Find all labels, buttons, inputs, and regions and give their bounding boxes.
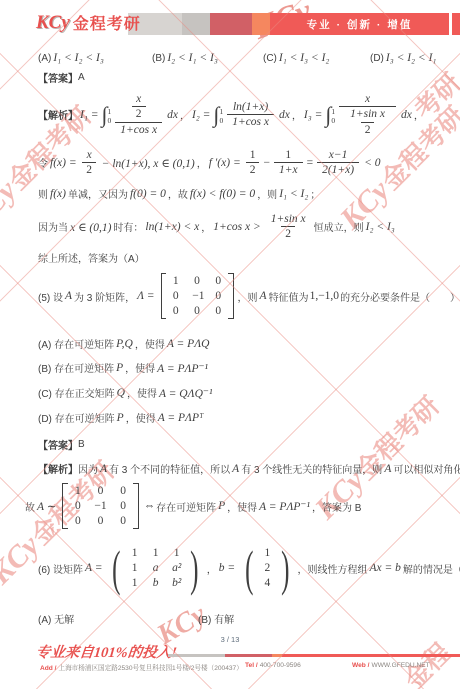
formula-token: A = PΛQ <box>167 338 210 350</box>
formula-token: x−1 <box>324 148 353 162</box>
formula-token: ln(1+x) <box>228 100 273 114</box>
formula-token <box>228 273 234 319</box>
formula-token: A <box>78 72 85 83</box>
formula-token: 1+x <box>279 163 298 177</box>
formula-token: x <box>136 92 141 106</box>
formula-token: 时有： <box>113 219 143 234</box>
formula-token: 0 <box>73 515 82 527</box>
formula-token: (D) <box>370 53 384 64</box>
formula-token: ， <box>292 107 302 122</box>
formula-token: 1+cos x <box>232 115 269 129</box>
formula-token: b² <box>172 577 181 589</box>
formula-token: 1000−10000 <box>62 483 138 529</box>
formula-token: 1 <box>331 107 335 116</box>
formula-token: 有 3 个不同的特征值，所以 <box>109 461 230 476</box>
formula-token: 0 <box>119 515 128 527</box>
watermark-kcy-icon: KCy <box>0 173 23 236</box>
formula-token: I₃ = <box>304 109 322 121</box>
formula-token: 2 <box>132 106 146 121</box>
q6-option-b: (B) 有解 <box>198 611 234 626</box>
formula-token: 【解析】 <box>38 461 78 476</box>
formula-token: ∫10 <box>325 104 335 126</box>
q4-analysis-conclusion: 综上所述，答案为（A） <box>38 250 145 265</box>
q4-analysis-integrals: 【解析】I₁ =∫10x21+cos xdx，I₂ =∫10ln(1+x)1+c… <box>38 92 424 137</box>
formula-token: I₃ < I₂ < I₁ <box>386 52 437 64</box>
formula-token: I₂ < I₁ < I₃ <box>167 52 218 64</box>
q5-analysis-text: 【解析】因为 A 有 3 个不同的特征值，所以 A 有 3 个线性无关的特征向量… <box>38 461 460 476</box>
formula-token: A = <box>85 562 102 574</box>
formula-token: 有 3 个线性无关的特征向量，则 <box>241 461 382 476</box>
formula-token: 综上所述，答案为（A） <box>38 250 145 265</box>
formula-token: x <box>87 148 92 162</box>
formula-token: ( <box>245 547 253 590</box>
formula-token: 1+sin x2 <box>339 106 396 137</box>
formula-token: Λ = <box>137 290 154 302</box>
formula-token: I₁ < I₃ < I₂ <box>279 52 330 64</box>
formula-token: 1+sin x2 <box>266 212 311 242</box>
formula-token: ； <box>310 186 320 201</box>
formula-token: 10 <box>108 107 112 125</box>
formula-token: x21+cos x <box>115 92 162 137</box>
formula-token: x <box>82 148 97 162</box>
formula-token: x−1 <box>329 148 348 162</box>
formula-token: 0 <box>214 275 223 287</box>
formula-token: dx <box>167 109 178 121</box>
formula-token: 1 <box>73 485 82 497</box>
formula-token: x2 <box>82 148 97 178</box>
formula-token: 1000−10000 <box>68 483 132 529</box>
formula-token: ，则 <box>257 186 277 201</box>
formula-token: I₁ = <box>80 109 98 121</box>
tel-value: 400-700-9596 <box>260 662 301 669</box>
footer-tel: Tel /400-700-9596 <box>245 662 301 669</box>
q6-stem: (6) 设矩阵 A =(1111aa²1bb²)，b =(124)，则线性方程组… <box>38 545 460 591</box>
formula-token: x−12(1+x) <box>317 148 359 178</box>
formula-token: 1 <box>130 577 139 589</box>
formula-token: 1 <box>171 275 180 287</box>
formula-token: 的充分必要条件是（ ） <box>340 289 460 304</box>
formula-token: ， <box>197 155 207 170</box>
formula-token: 因为当 <box>38 219 68 234</box>
formula-token: P <box>117 412 124 424</box>
formula-token: −1 <box>94 500 106 512</box>
formula-token: 0 <box>119 500 128 512</box>
formula-token: 10 <box>219 107 223 125</box>
formula-token: ∫10 <box>213 104 223 126</box>
formula-token: (A) <box>38 53 51 64</box>
formula-token: I₁ < I₂ <box>279 188 308 200</box>
logo-kcy-icon: KCy <box>36 12 70 34</box>
formula-token: ln(1+x)1+cos x <box>227 100 274 130</box>
formula-token: f ′(x) = <box>209 157 241 169</box>
formula-token: (C) <box>263 53 277 64</box>
formula-token: ，则线性方程组 <box>297 561 367 576</box>
formula-token: 2 <box>136 107 142 121</box>
formula-token: < 0 <box>364 157 380 169</box>
formula-token: − <box>263 157 270 169</box>
formula-token: P <box>116 362 123 374</box>
formula-token: 2 <box>82 162 96 177</box>
footer-bar-gray <box>168 654 225 657</box>
formula-token: x <box>131 92 146 106</box>
header-banner: 专业 · 创新 · 增值 <box>128 13 460 35</box>
formula-token: ， <box>180 107 190 122</box>
formula-token: ，使得 <box>126 410 156 425</box>
formula-token: 0 <box>214 305 223 317</box>
formula-token: dx <box>279 109 290 121</box>
formula-token: 1 <box>108 107 112 116</box>
formula-token: a <box>151 562 160 574</box>
formula-token: 2 <box>361 122 375 137</box>
q5-analysis-similar: 故 A ∼1000−10000⇔ 存在可逆矩阵 P，使得 A = PΛP⁻¹，答… <box>25 483 361 529</box>
formula-token: b <box>151 577 160 589</box>
formula-token: f(x) <box>50 188 66 200</box>
formula-token: 1000−10000 <box>161 273 234 319</box>
formula-token: 1 <box>281 148 295 162</box>
formula-token: I₁ < I₂ < I₃ <box>53 52 104 64</box>
formula-token: 1 <box>263 547 272 559</box>
formula-token: A = PΛP⁻¹ <box>157 361 208 375</box>
formula-token: x2 <box>125 92 152 122</box>
q4-analysis-monotone: 则 f(x) 单减，又因为 f(0) = 0，故 f(x) < f(0) = 0… <box>38 186 320 201</box>
formula-token: 1+cos x <box>115 122 162 137</box>
formula-token: −1 <box>192 290 202 302</box>
formula-token: ，使得 <box>227 499 257 514</box>
formula-token: 因为 <box>78 461 98 476</box>
formula-token: I₂ < I₃ <box>366 221 395 233</box>
banner-segment-dusty-red <box>210 13 252 35</box>
q4-analysis-inequality: 因为当 x ∈ (0,1) 时有：ln(1+x) < x，1+cos x >1+… <box>38 212 397 242</box>
web-value: WWW.GFEDU.NET <box>371 662 429 669</box>
formula-token: A = PΛPᵀ <box>158 412 204 424</box>
q4-answer: 【答案】A <box>38 70 85 85</box>
formula-token: (D) 存在可逆矩阵 <box>38 410 115 425</box>
formula-token: 令 <box>38 155 48 170</box>
formula-token: ( <box>113 547 121 590</box>
formula-token: 【答案】 <box>38 70 78 85</box>
q4-option-b: (B) I₂ < I₁ < I₃ <box>152 52 220 64</box>
formula-token: 1+sin x <box>345 107 390 121</box>
footer-slogan: 专业来自101%的投入! <box>35 641 178 662</box>
q6-option-a: (A) 无解 <box>38 611 74 626</box>
q4-option-d: (D) I₃ < I₂ < I₁ <box>370 52 438 64</box>
formula-token: ，使得 <box>135 336 165 351</box>
formula-token: 124 <box>258 545 277 591</box>
formula-token: 1+sin x2 <box>345 107 390 137</box>
formula-token: = <box>307 157 314 169</box>
formula-token: B <box>78 439 85 450</box>
formula-token: ∫10 <box>101 104 111 126</box>
formula-token: (C) 存在正交矩阵 <box>38 385 115 400</box>
formula-token: 【解析】 <box>38 107 78 122</box>
formula-token: (B) <box>152 53 165 64</box>
q5-option-c: (C) 存在正交矩阵 Q，使得 A = QΛQ⁻¹ <box>38 385 214 400</box>
formula-token: A ∼ <box>37 499 56 513</box>
formula-token: 1111aa²1bb² <box>125 545 186 591</box>
formula-token: x1+sin x2 <box>339 92 396 137</box>
formula-token: ， <box>414 107 424 122</box>
formula-token: 1 <box>151 547 160 559</box>
footer-address: Add /上海市杨浦区国定路2530号复旦科技园1号楼/2号楼（200437） <box>40 662 243 672</box>
address-value: 上海市杨浦区国定路2530号复旦科技园1号楼/2号楼（200437） <box>58 665 242 672</box>
footer-bar-red <box>282 654 460 657</box>
formula-token: x <box>365 92 370 106</box>
formula-token: 2 <box>285 227 291 241</box>
q4-option-c: (C) I₁ < I₃ < I₂ <box>263 52 331 64</box>
formula-token: 故 <box>25 499 35 514</box>
banner-segment-salmon <box>252 13 270 35</box>
formula-token: ，答案为 B <box>312 499 361 514</box>
formula-token: (6) 设矩阵 <box>38 561 83 576</box>
formula-token: 2(1+x) <box>322 163 354 177</box>
formula-token: f(x) = <box>50 157 77 169</box>
formula-token: (1111aa²1bb²) <box>108 545 202 591</box>
formula-token: 可以相似对角化； <box>393 461 460 476</box>
formula-token: 2(1+x) <box>317 162 359 177</box>
formula-token: x ∈ (0,1) <box>70 220 111 234</box>
formula-token: ，使得 <box>125 360 155 375</box>
q5-stem: (5) 设 A 为 3 阶矩阵，Λ =1000−10000，则 A 特征值为 1… <box>38 273 460 319</box>
formula-token: 0 <box>73 500 82 512</box>
formula-token: A = PΛP⁻¹ <box>259 499 310 513</box>
formula-token: 1+sin x <box>350 107 385 121</box>
formula-token: 2 <box>281 226 295 241</box>
formula-token: 1+x <box>274 162 303 177</box>
formula-token: 1 <box>246 148 260 162</box>
formula-token: 0 <box>192 275 202 287</box>
formula-token: 恒成立，则 <box>314 219 364 234</box>
brand-logo: KCy 金程考研 <box>36 11 141 34</box>
banner-segment-red: 专业 · 创新 · 增值 <box>270 13 449 35</box>
formula-token: P,Q <box>116 338 133 350</box>
banner-segment-red-end <box>452 13 460 35</box>
formula-token: A = QΛQ⁻¹ <box>159 386 212 400</box>
q5-answer: 【答案】B <box>38 437 85 452</box>
formula-token: 1+cos x <box>227 114 274 129</box>
formula-token: 解的情况是（ ） <box>403 561 460 576</box>
formula-token: 0 <box>171 305 180 317</box>
logo-wordmark: 金程考研 <box>73 11 141 34</box>
formula-token <box>133 483 139 529</box>
formula-token: (B) 存在可逆矩阵 <box>38 360 114 375</box>
formula-token: 1+sin x <box>271 212 306 226</box>
footer-bar <box>168 654 460 657</box>
formula-token: 0 <box>119 485 128 497</box>
formula-token: f(x) < f(0) = 0 <box>190 188 255 200</box>
banner-slogan: 专业 · 创新 · 增值 <box>307 17 413 32</box>
formula-token: f(0) = 0 <box>130 188 166 200</box>
formula-token: Ax = b <box>369 562 400 574</box>
formula-token: (124) <box>241 545 293 591</box>
formula-token: 0 <box>192 305 202 317</box>
formula-token: P <box>218 500 225 512</box>
formula-token: 则 <box>38 186 48 201</box>
formula-token: 2 <box>365 123 371 137</box>
formula-token: 0 <box>219 116 223 125</box>
formula-token: ln(1+x) < x <box>145 221 199 233</box>
formula-token: 0 <box>94 485 106 497</box>
formula-token: ，使得 <box>127 385 157 400</box>
web-label: Web / <box>352 662 369 669</box>
formula-token: A <box>384 463 391 475</box>
formula-token: 0 <box>108 116 112 125</box>
formula-token: 2 <box>263 562 272 574</box>
q5-option-b: (B) 存在可逆矩阵 P，使得 A = PΛP⁻¹ <box>38 360 210 375</box>
formula-token: ) <box>281 547 289 590</box>
formula-token: 1 <box>172 547 181 559</box>
footer-bar-salmon <box>272 654 282 657</box>
formula-token: b = <box>219 562 235 574</box>
q4-option-a: (A) I₁ < I₂ < I₃ <box>38 52 106 64</box>
formula-token: ⇔ <box>144 500 156 512</box>
formula-token: I₂ = <box>192 109 210 121</box>
formula-token: 0 <box>331 116 335 125</box>
formula-token: − ln(1+x), x ∈ (0,1) <box>102 156 195 170</box>
formula-token: 1+sin x <box>266 212 311 226</box>
formula-token: Q <box>117 387 125 399</box>
formula-token: 1 <box>130 562 139 574</box>
banner-segment-gray <box>182 13 210 35</box>
formula-token: (A) 无解 <box>38 611 74 626</box>
formula-token: A <box>260 290 267 302</box>
formula-token: a² <box>172 562 181 574</box>
address-label: Add / <box>40 665 56 672</box>
footer-web: Web /WWW.GFEDU.NET <box>352 662 430 669</box>
formula-token: (5) 设 <box>38 289 63 304</box>
formula-token: 2 <box>246 162 260 177</box>
formula-token: 1 <box>130 547 139 559</box>
formula-token: 【答案】 <box>38 437 78 452</box>
formula-token: 存在可逆矩阵 <box>156 499 216 514</box>
q4-analysis-derivative: 令f(x) =x2− ln(1+x), x ∈ (0,1)，f ′(x) =12… <box>38 148 383 178</box>
formula-token: 0 <box>94 515 106 527</box>
formula-token: 10 <box>331 107 335 125</box>
formula-token: x2 <box>131 92 146 122</box>
formula-token: 1 <box>250 148 256 162</box>
formula-token: 4 <box>263 577 272 589</box>
formula-token: 2 <box>86 163 92 177</box>
formula-token: 2 <box>250 163 256 177</box>
formula-token: 0 <box>171 290 180 302</box>
formula-token: 1 <box>285 148 291 162</box>
formula-token: 1,−1,0 <box>310 290 340 302</box>
formula-token: 12 <box>246 148 260 178</box>
formula-token: dx <box>401 109 412 121</box>
formula-token: ，故 <box>168 186 188 201</box>
formula-token: A <box>232 463 239 475</box>
formula-token: ) <box>190 547 198 590</box>
formula-token: (A) 存在可逆矩阵 <box>38 336 114 351</box>
formula-token: 1 <box>219 107 223 116</box>
formula-token: A <box>100 463 107 475</box>
formula-token: 1+cos x <box>120 123 157 137</box>
q5-option-d: (D) 存在可逆矩阵 P，使得 A = PΛPᵀ <box>38 410 205 425</box>
formula-token: 单减，又因为 <box>68 186 128 201</box>
footer-bar-dusty-red <box>225 654 272 657</box>
formula-token: ， <box>207 561 217 576</box>
formula-token: 特征值为 <box>269 289 309 304</box>
formula-token: ， <box>201 219 211 234</box>
formula-token: x <box>360 92 375 106</box>
q5-option-a: (A) 存在可逆矩阵 P,Q，使得 A = PΛQ <box>38 336 211 351</box>
formula-token: 1+cos x > <box>213 221 260 233</box>
formula-token: A <box>65 290 72 302</box>
formula-token: 11+x <box>274 148 303 178</box>
formula-token: ，则 <box>238 289 258 304</box>
document-page: KCy 金程考研 专业 · 创新 · 增值 KCy金程考研 KCy金程考研 KC… <box>0 0 460 689</box>
formula-token: 0 <box>214 290 223 302</box>
formula-token: ln(1+x) <box>233 100 268 114</box>
formula-token: 1000−10000 <box>166 273 228 319</box>
tel-label: Tel / <box>245 662 258 669</box>
formula-token: (B) 有解 <box>198 611 234 626</box>
formula-token: 为 3 阶矩阵， <box>74 289 135 304</box>
